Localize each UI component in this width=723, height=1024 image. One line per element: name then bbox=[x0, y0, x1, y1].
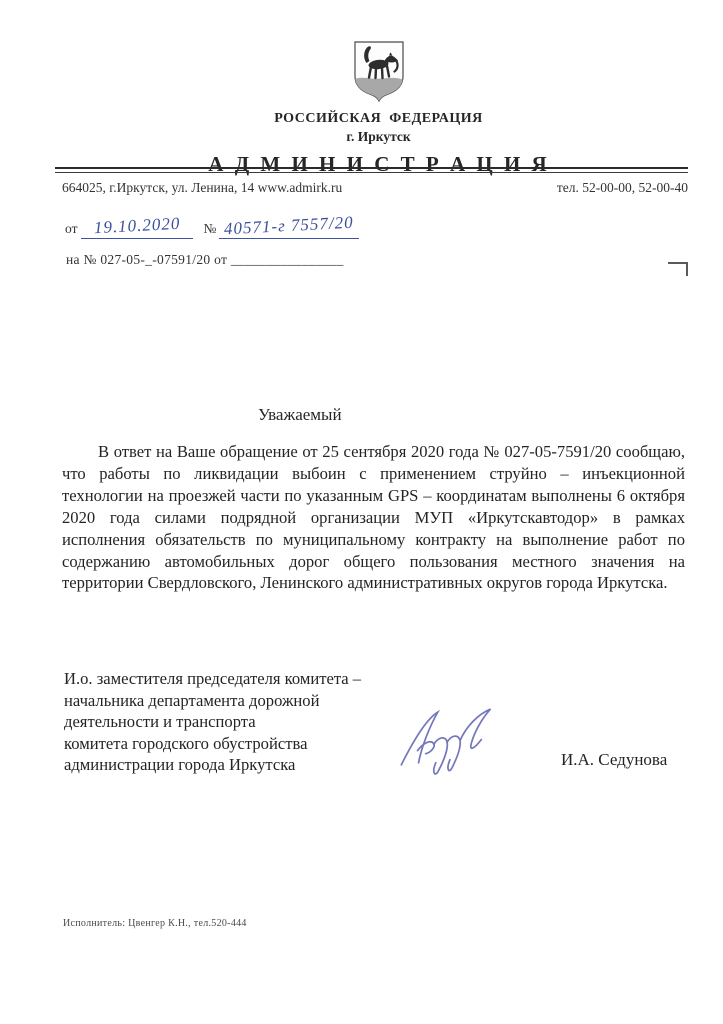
handwritten-signature-icon bbox=[397, 702, 509, 778]
signer-title-block: И.о. заместителя председателя комитета –… bbox=[64, 668, 424, 776]
scanned-letter-page: РОССИЙСКАЯ ФЕДЕРАЦИЯ г. Иркутск А Д М И … bbox=[0, 0, 723, 1024]
signer-title-line: деятельности и транспорта bbox=[64, 711, 424, 733]
letter-body: В ответ на Ваше обращение от 25 сентября… bbox=[62, 441, 685, 594]
from-label: от bbox=[65, 221, 77, 237]
address-line: 664025, г.Иркутск, ул. Ленина, 14 www.ad… bbox=[62, 180, 342, 196]
letterhead-org-title: А Д М И Н И С Т Р А Ц И Я bbox=[17, 152, 723, 177]
letterhead-country: РОССИЙСКАЯ ФЕДЕРАЦИЯ bbox=[17, 111, 723, 127]
address-corner-mark bbox=[668, 262, 688, 276]
outgoing-date-slot: 19.10.2020 bbox=[81, 218, 193, 239]
signer-title-line: комитета городского обустройства bbox=[64, 733, 424, 755]
signer-name: И.А. Седунова bbox=[561, 750, 667, 770]
incoming-reference-line: на № 027-05-_-07591/20 от ______________… bbox=[66, 252, 344, 268]
executor-line: Исполнитель: Цвенгер К.Н., тел.520-444 bbox=[63, 918, 247, 929]
number-label: № bbox=[203, 221, 216, 237]
phone-line: тел. 52-00-00, 52-00-40 bbox=[557, 180, 688, 196]
letterhead: РОССИЙСКАЯ ФЕДЕРАЦИЯ г. Иркутск А Д М И … bbox=[17, 40, 723, 177]
signer-title-line: администрации города Иркутска bbox=[64, 754, 424, 776]
salutation: Уважаемый bbox=[258, 405, 342, 425]
contacts-row: 664025, г.Иркутск, ул. Ленина, 14 www.ad… bbox=[62, 180, 688, 196]
signer-title-line: И.о. заместителя председателя комитета – bbox=[64, 668, 424, 690]
outgoing-reference-line: от19.10.2020№40571-г 7557/20 bbox=[65, 218, 359, 239]
handwritten-number: 40571-г 7557/20 bbox=[224, 213, 355, 240]
handwritten-date: 19.10.2020 bbox=[94, 214, 181, 238]
irkutsk-coat-of-arms-icon bbox=[353, 40, 405, 104]
letterhead-city: г. Иркутск bbox=[17, 129, 723, 145]
letterhead-divider-rule bbox=[55, 167, 688, 173]
signer-title-line: начальника департамента дорожной bbox=[64, 690, 424, 712]
outgoing-number-slot: 40571-г 7557/20 bbox=[219, 218, 359, 239]
